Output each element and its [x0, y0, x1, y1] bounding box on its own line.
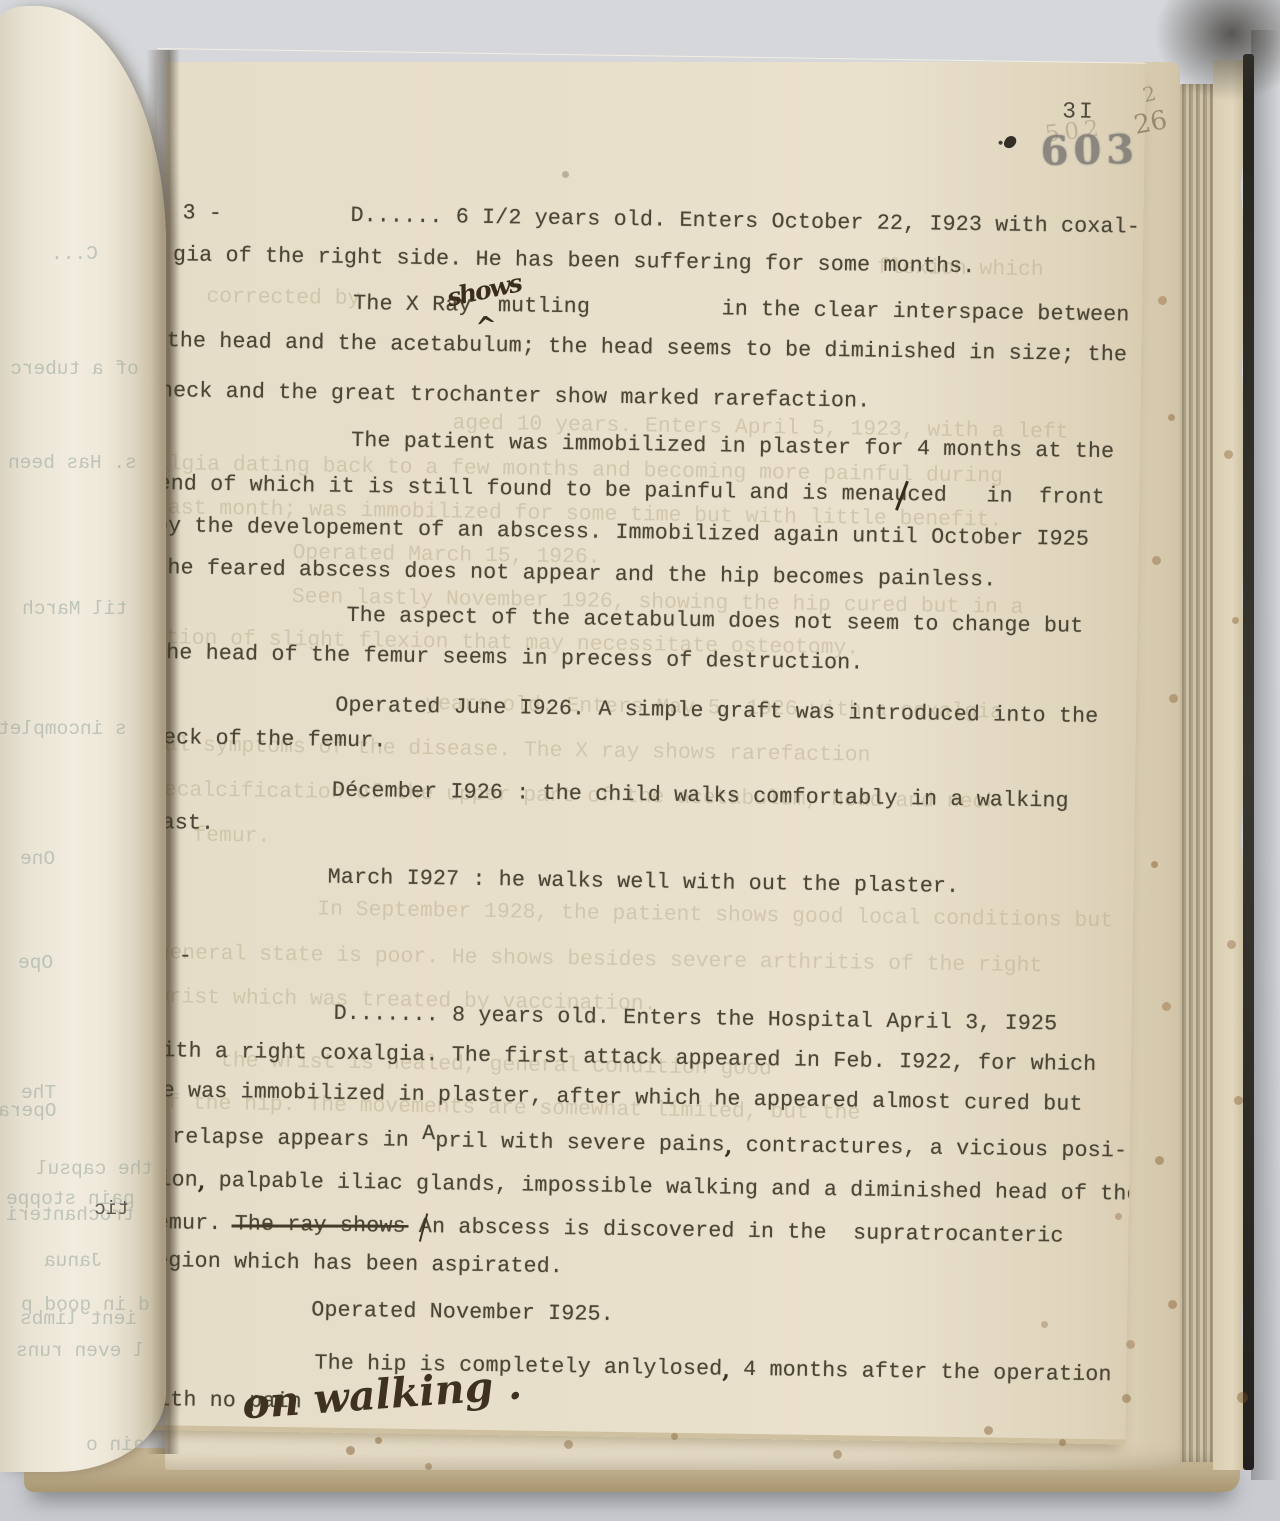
typed-segment: D...... 6 I/2 years old. Enters October … [350, 204, 1140, 240]
mirrored-line: One [20, 848, 55, 870]
typed-segment: contractures, a vicious posi- [732, 1134, 1127, 1164]
mirrored-line: of a tuberc [10, 358, 139, 380]
typed-segment-handmark: , [725, 1137, 733, 1159]
typed-text-layer: 3 -D...... 6 I/2 years old. Enters Octob… [158, 49, 1146, 64]
mirrored-line: s. Has been [8, 452, 137, 474]
typed-line: Operated November I925. [311, 1300, 614, 1326]
typed-segment: the head and the acetabulum; the head se… [166, 329, 1127, 367]
mirrored-line: C... [51, 243, 98, 265]
typed-segment: neck of the femur. [150, 726, 387, 754]
typed-segment-handmark: , [198, 1172, 206, 1194]
typed-line: gia of the right side. He has been suffe… [173, 245, 976, 278]
photo-of-typescript-page: { "page_numbers": { "typed": "3I", "penc… [0, 0, 1280, 1521]
foxing-spots [0, 0, 5, 5]
typed-segment: 3 - [182, 201, 222, 226]
typed-segment: pril with severe pains [435, 1129, 725, 1157]
handwritten-on-walking: on walking . [241, 1360, 524, 1428]
typed-segment: ced in front [907, 483, 1105, 510]
typed-segment: 4 months after the operation [730, 1358, 1112, 1388]
typed-line: femur. The ray shows An abscess is disco… [142, 1213, 1063, 1248]
typed-segment: region which has been aspirated. [142, 1249, 563, 1279]
typed-line: D...... 6 I/2 years old. Enters October … [350, 206, 1140, 239]
ink-blot [1002, 134, 1017, 150]
ghost-line: general state is poor. He shows besides … [156, 943, 1042, 978]
mirrored-line: l even runs [16, 1340, 145, 1362]
left-curled-page: C...of a tubercs. Has beentil Marchs inc… [0, 6, 166, 1472]
typed-segment: gia of the right side. He has been suffe… [173, 243, 976, 279]
mirrored-line: in the capsul [36, 1158, 166, 1180]
typed-segment: March I927 : he walks well with out the … [328, 866, 960, 899]
typed-segment-handmark: , [722, 1361, 730, 1383]
typed-segment: Operated June I926. A simple graft was i… [335, 694, 1098, 729]
mirrored-line: Opera [0, 1100, 57, 1122]
ghost-text-layer: flexion whichcorrected byaged 10 years. … [158, 49, 1146, 64]
typed-line: neck of the femur. [150, 728, 387, 753]
typed-segment-strike: The ray shows [234, 1212, 405, 1239]
typed-segment: Operated November I925. [311, 1298, 614, 1326]
mirrored-line: no pain o [86, 1434, 166, 1456]
mirrored-line: tic [94, 1198, 129, 1220]
typed-line: region which has been aspirated. [142, 1251, 563, 1279]
typed-line: March I927 : he walks well with out the … [328, 868, 960, 899]
typed-segment-raised: A [422, 1124, 435, 1146]
typed-line: the feared abscess does not appear and t… [154, 558, 996, 592]
typed-line: a relapse appears in April with severe p… [146, 1125, 1128, 1163]
typed-segment: a relapse appears in [146, 1125, 423, 1153]
typed-segment: the feared abscess does not appear and t… [154, 556, 996, 592]
typed-line: tion, palpable iliac glands, impossible … [145, 1168, 1140, 1206]
ghost-line: In September 1928, the patient shows goo… [317, 899, 1113, 932]
mirrored-line: Janua [44, 1250, 103, 1272]
ghost-line: corrected by [206, 287, 360, 311]
book-cover-edge [1243, 54, 1254, 1470]
page-edges-ragged [1213, 60, 1247, 1470]
typed-segment: palpable iliac glands, impossible walkin… [205, 1169, 1140, 1207]
typed-line: 3 - [182, 203, 222, 225]
mirrored-line: Ope [18, 952, 53, 974]
typescript-page: flexion whichcorrected byaged 10 years. … [137, 48, 1145, 1445]
mirrored-line: s incomplet [0, 718, 127, 740]
handwritten-caret-icon: ^ [474, 310, 500, 343]
typed-segment: D....... 8 years old. Enters the Hospita… [334, 1002, 1058, 1037]
mirrored-line: til March [22, 598, 127, 620]
typed-segment: neck and the great trochanter show marke… [160, 379, 871, 414]
typed-segment-slashedA: A [419, 1217, 432, 1239]
mirrored-line: d in good p [21, 1294, 150, 1316]
typed-segment: n abscess is discovered in the supratroc… [432, 1215, 1064, 1248]
wall-shadow-right [1251, 30, 1280, 1480]
typed-line: D....... 8 years old. Enters the Hospita… [334, 1004, 1058, 1036]
typed-line: the head and the acetabulum; the head se… [166, 331, 1127, 367]
page-number-stamp: 603 [1040, 126, 1139, 175]
page-edges-striation [1177, 84, 1217, 1462]
typed-line: neck and the great trochanter show marke… [160, 381, 871, 413]
typed-segment-slashed: u [894, 485, 907, 507]
